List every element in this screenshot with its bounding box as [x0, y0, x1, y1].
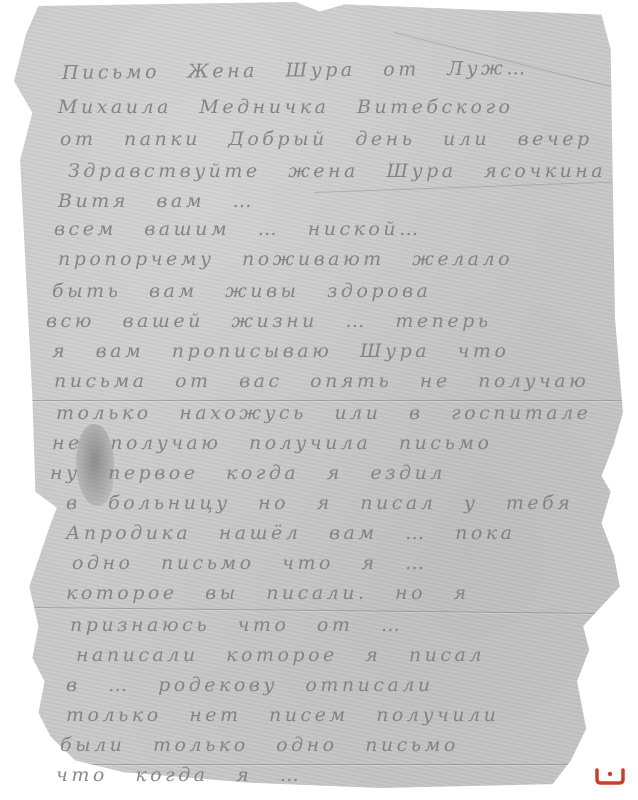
handwritten-line: Здравствуйте жена Шура ясочкина [68, 160, 588, 182]
handwritten-line: от папки Добрый день или вечер [60, 128, 580, 150]
handwritten-line: ну первое когда я ездил [50, 462, 570, 484]
handwritten-line: Письмо Жена Шура от Луж… [62, 57, 582, 84]
handwritten-line: не получаю получила письмо [52, 432, 572, 454]
handwritten-line: Апродика нашёл вам … пока [66, 522, 586, 544]
handwritten-line: признаюсь что от … [70, 614, 590, 636]
handwritten-line: быть вам живы здорова [52, 280, 572, 302]
handwritten-line: написали которое я писал [76, 644, 596, 666]
handwritten-line: пропорчему поживают желало [58, 248, 578, 270]
handwritten-text: Письмо Жена Шура от Луж… Михаила Медничк… [0, 0, 638, 800]
handwritten-line: я вам прописываю Шура что [52, 340, 572, 362]
handwritten-line: что когда я … [56, 764, 576, 786]
handwritten-line: только нет писем получили [66, 704, 586, 726]
handwritten-line: только нахожусь или в госпитале [56, 402, 576, 424]
handwritten-line: Витя вам … [58, 190, 578, 212]
handwritten-line: в … родекову отписали [66, 674, 586, 696]
handwritten-line: всю вашей жизни … теперь [46, 310, 566, 332]
handwritten-line: были только одно письмо [60, 734, 580, 756]
handwritten-line: одно письмо что я … [72, 552, 592, 574]
handwritten-line: Михаила Медничка Витебского [58, 96, 578, 118]
handwritten-line: всем вашим … ниской… [54, 218, 574, 240]
handwritten-line: письма от вас опять не получаю [54, 370, 574, 392]
smile-logo-icon [594, 764, 626, 786]
letter-scan: Письмо Жена Шура от Луж… Михаила Медничк… [0, 0, 638, 800]
handwritten-line: в больницу но я писал у тебя [66, 492, 586, 514]
handwritten-line: которое вы писали. но я [66, 582, 586, 604]
